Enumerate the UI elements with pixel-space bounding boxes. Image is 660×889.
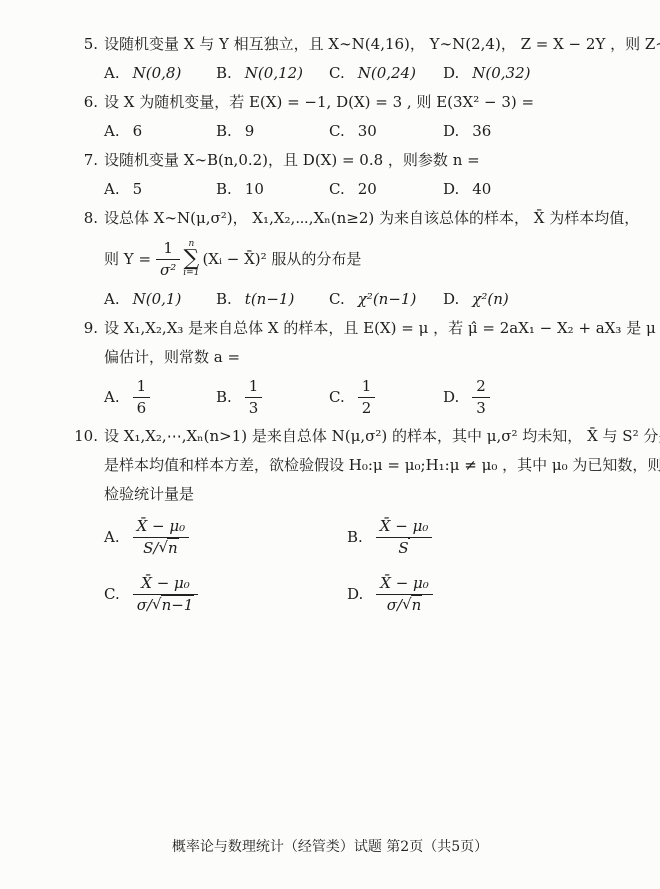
option-fraction: 23 [472, 377, 490, 418]
question-9-options: A.16 B.13 C.12 D.23 [104, 372, 622, 422]
fraction-denominator: σ² [156, 260, 180, 280]
option-value: 20 [358, 175, 377, 204]
option-label: A. [104, 59, 120, 88]
question-6-option-a: A.6 [104, 117, 216, 146]
question-6-option-b: B.9 [216, 117, 329, 146]
exam-content: 5. 设随机变量 X 与 Y 相互独立，且 X∼N(4,16)， Y∼N(2,4… [0, 0, 660, 621]
question-9: 9. 设 X₁,X₂,X₃ 是来自总体 X 的样本，且 E(X) = μ ，若 … [104, 314, 622, 422]
denominator-text: S/ [143, 539, 158, 557]
formula-suffix: (Xᵢ − X̄)² 服从的分布是 [202, 245, 361, 274]
fraction-numerator: X̄ − μ₀ [376, 574, 433, 595]
question-7-stem: 设随机变量 X∼B(n,0.2)，且 D(X) = 0.8 ，则参数 n = [104, 146, 622, 175]
radicand [408, 538, 410, 557]
formula-fraction: 1 σ² [156, 239, 180, 280]
option-value: 36 [472, 117, 491, 146]
option-label: C. [329, 383, 345, 412]
fraction-denominator: 2 [358, 398, 376, 418]
option-label: B. [216, 117, 232, 146]
fraction-numerator: 1 [156, 239, 180, 260]
option-label: A. [104, 523, 120, 552]
fraction-numerator: 1 [133, 377, 151, 398]
question-8-options: A.N(0,1) B.t(n−1) C.χ²(n−1) D.χ²(n) [104, 285, 622, 314]
option-label: B. [216, 285, 232, 314]
fraction-numerator: 2 [472, 377, 490, 398]
question-9-option-d: D.23 [443, 377, 622, 418]
question-10-number: 10. [64, 422, 98, 451]
option-value: N(0,12) [245, 59, 303, 88]
fraction-denominator: S [376, 538, 433, 558]
question-7: 7. 设随机变量 X∼B(n,0.2)，且 D(X) = 0.8 ，则参数 n … [104, 146, 622, 204]
option-value: χ²(n) [472, 285, 508, 314]
sigma-icon: ∑ [184, 249, 200, 270]
option-value: 10 [245, 175, 264, 204]
option-fraction: 16 [133, 377, 151, 418]
question-9-option-b: B.13 [216, 377, 329, 418]
question-7-option-a: A.5 [104, 175, 216, 204]
question-6-number: 6. [64, 88, 98, 117]
question-8-number: 8. [64, 204, 98, 233]
option-fraction: X̄ − μ₀S [376, 517, 433, 558]
option-value: N(0,32) [472, 59, 530, 88]
option-value: N(0,1) [133, 285, 182, 314]
option-value: χ²(n−1) [358, 285, 417, 314]
question-5-option-b: B.N(0,12) [216, 59, 329, 88]
question-8-option-d: D.χ²(n) [443, 285, 622, 314]
question-8-option-a: A.N(0,1) [104, 285, 216, 314]
question-10-stem-line3: 检验统计量是 [104, 480, 622, 509]
page-footer: 概率论与数理统计（经管类）试题 第2页（共5页） [0, 836, 660, 856]
option-label: B. [216, 59, 232, 88]
option-label: D. [443, 117, 459, 146]
option-label: D. [347, 580, 363, 609]
option-label: A. [104, 285, 120, 314]
option-label: D. [443, 59, 459, 88]
option-label: A. [104, 175, 120, 204]
question-9-number: 9. [64, 314, 98, 343]
question-5-option-c: C.N(0,24) [329, 59, 443, 88]
question-6: 6. 设 X 为随机变量，若 E(X) = −1, D(X) = 3 , 则 E… [104, 88, 622, 146]
question-7-option-c: C.20 [329, 175, 443, 204]
question-6-option-c: C.30 [329, 117, 443, 146]
question-9-stem-line2: 偏估计，则常数 a = [104, 343, 622, 372]
question-7-option-b: B.10 [216, 175, 329, 204]
question-10-stem-line1: 设 X₁,X₂,⋯,Xₙ(n>1) 是来自总体 N(μ,σ²) 的样本，其中 μ… [104, 422, 622, 451]
option-fraction: X̄ − μ₀σ/√n−1 [133, 574, 199, 615]
exam-page: 5. 设随机变量 X 与 Y 相互独立，且 X∼N(4,16)， Y∼N(2,4… [0, 0, 660, 889]
option-value: N(0,8) [133, 59, 182, 88]
option-label: D. [443, 383, 459, 412]
question-5-stem: 设随机变量 X 与 Y 相互独立，且 X∼N(4,16)， Y∼N(2,4)， … [104, 30, 622, 59]
question-5-option-a: A.N(0,8) [104, 59, 216, 88]
question-10-option-d: D.X̄ − μ₀σ/√n [347, 568, 622, 621]
radical-icon: √ [158, 538, 168, 557]
question-8-stem: 设总体 X∼N(μ,σ²)， X₁,X₂,⋯,Xₙ(n≥2) 为来自该总体的样本… [104, 204, 622, 233]
option-label: A. [104, 117, 120, 146]
option-label: D. [443, 175, 459, 204]
question-8-option-c: C.χ²(n−1) [329, 285, 443, 314]
question-10-option-b: B.X̄ − μ₀S [347, 511, 622, 564]
radicand: n [167, 538, 179, 557]
question-7-number: 7. [64, 146, 98, 175]
fraction-denominator: S/√n [133, 538, 190, 558]
fraction-numerator: X̄ − μ₀ [376, 517, 433, 538]
radicand: n [411, 595, 423, 614]
radical-icon: √ [152, 595, 162, 614]
option-fraction: X̄ − μ₀σ/√n [376, 574, 433, 615]
option-fraction: X̄ − μ₀S/√n [133, 517, 190, 558]
fraction-denominator: 6 [133, 398, 151, 418]
denominator-text: σ/ [387, 596, 402, 614]
question-5-options: A.N(0,8) B.N(0,12) C.N(0,24) D.N(0,32) [104, 59, 622, 88]
option-label: B. [216, 175, 232, 204]
question-5: 5. 设随机变量 X 与 Y 相互独立，且 X∼N(4,16)， Y∼N(2,4… [104, 30, 622, 88]
question-10-option-a: A.X̄ − μ₀S/√n [104, 511, 347, 564]
option-value: 9 [245, 117, 255, 146]
option-label: C. [104, 580, 120, 609]
summation-lower-limit: i=1 [183, 269, 199, 278]
option-label: C. [329, 285, 345, 314]
fraction-denominator: σ/√n [376, 595, 433, 615]
option-label: B. [216, 383, 232, 412]
question-10-option-c: C.X̄ − μ₀σ/√n−1 [104, 568, 347, 621]
summation-symbol: n ∑ i=1 [183, 240, 199, 279]
option-value: t(n−1) [245, 285, 295, 314]
option-fraction: 12 [358, 377, 376, 418]
question-6-options: A.6 B.9 C.30 D.36 [104, 117, 622, 146]
fraction-denominator: σ/√n−1 [133, 595, 199, 615]
question-7-options: A.5 B.10 C.20 D.40 [104, 175, 622, 204]
question-6-option-d: D.36 [443, 117, 622, 146]
question-7-option-d: D.40 [443, 175, 622, 204]
fraction-denominator: 3 [472, 398, 490, 418]
option-value: 5 [133, 175, 143, 204]
option-label: C. [329, 117, 345, 146]
option-fraction: 13 [245, 377, 263, 418]
question-9-option-c: C.12 [329, 377, 443, 418]
question-10-options: A.X̄ − μ₀S/√n B.X̄ − μ₀S C.X̄ − μ₀σ/√n−1… [104, 511, 622, 621]
fraction-numerator: 1 [358, 377, 376, 398]
question-5-option-d: D.N(0,32) [443, 59, 622, 88]
option-label: C. [329, 59, 345, 88]
fraction-numerator: 1 [245, 377, 263, 398]
option-value: N(0,24) [358, 59, 416, 88]
formula-prefix: 则 Y = [104, 245, 151, 274]
option-label: A. [104, 383, 120, 412]
question-9-stem-line1: 设 X₁,X₂,X₃ 是来自总体 X 的样本，且 E(X) = μ ，若 μ̂ … [104, 314, 622, 343]
option-label: B. [347, 523, 363, 552]
question-9-option-a: A.16 [104, 377, 216, 418]
radicand: n−1 [161, 595, 195, 614]
question-10: 10. 设 X₁,X₂,⋯,Xₙ(n>1) 是来自总体 N(μ,σ²) 的样本，… [104, 422, 622, 621]
option-label: C. [329, 175, 345, 204]
denominator-text: σ/ [137, 596, 152, 614]
question-8-formula: 则 Y = 1 σ² n ∑ i=1 (Xᵢ − X̄)² 服从的分布是 [104, 233, 622, 285]
question-8: 8. 设总体 X∼N(μ,σ²)， X₁,X₂,⋯,Xₙ(n≥2) 为来自该总体… [104, 204, 622, 314]
option-value: 30 [358, 117, 377, 146]
option-label: D. [443, 285, 459, 314]
radical-icon: √ [402, 595, 412, 614]
option-value: 40 [472, 175, 491, 204]
question-8-option-b: B.t(n−1) [216, 285, 329, 314]
question-10-stem-line2: 是样本均值和样本方差，欲检验假设 H₀:μ = μ₀;H₁:μ ≠ μ₀ ，其中… [104, 451, 622, 480]
option-value: 6 [133, 117, 143, 146]
question-5-number: 5. [64, 30, 98, 59]
fraction-denominator: 3 [245, 398, 263, 418]
fraction-numerator: X̄ − μ₀ [133, 517, 190, 538]
question-6-stem: 设 X 为随机变量，若 E(X) = −1, D(X) = 3 , 则 E(3X… [104, 88, 622, 117]
fraction-numerator: X̄ − μ₀ [133, 574, 199, 595]
